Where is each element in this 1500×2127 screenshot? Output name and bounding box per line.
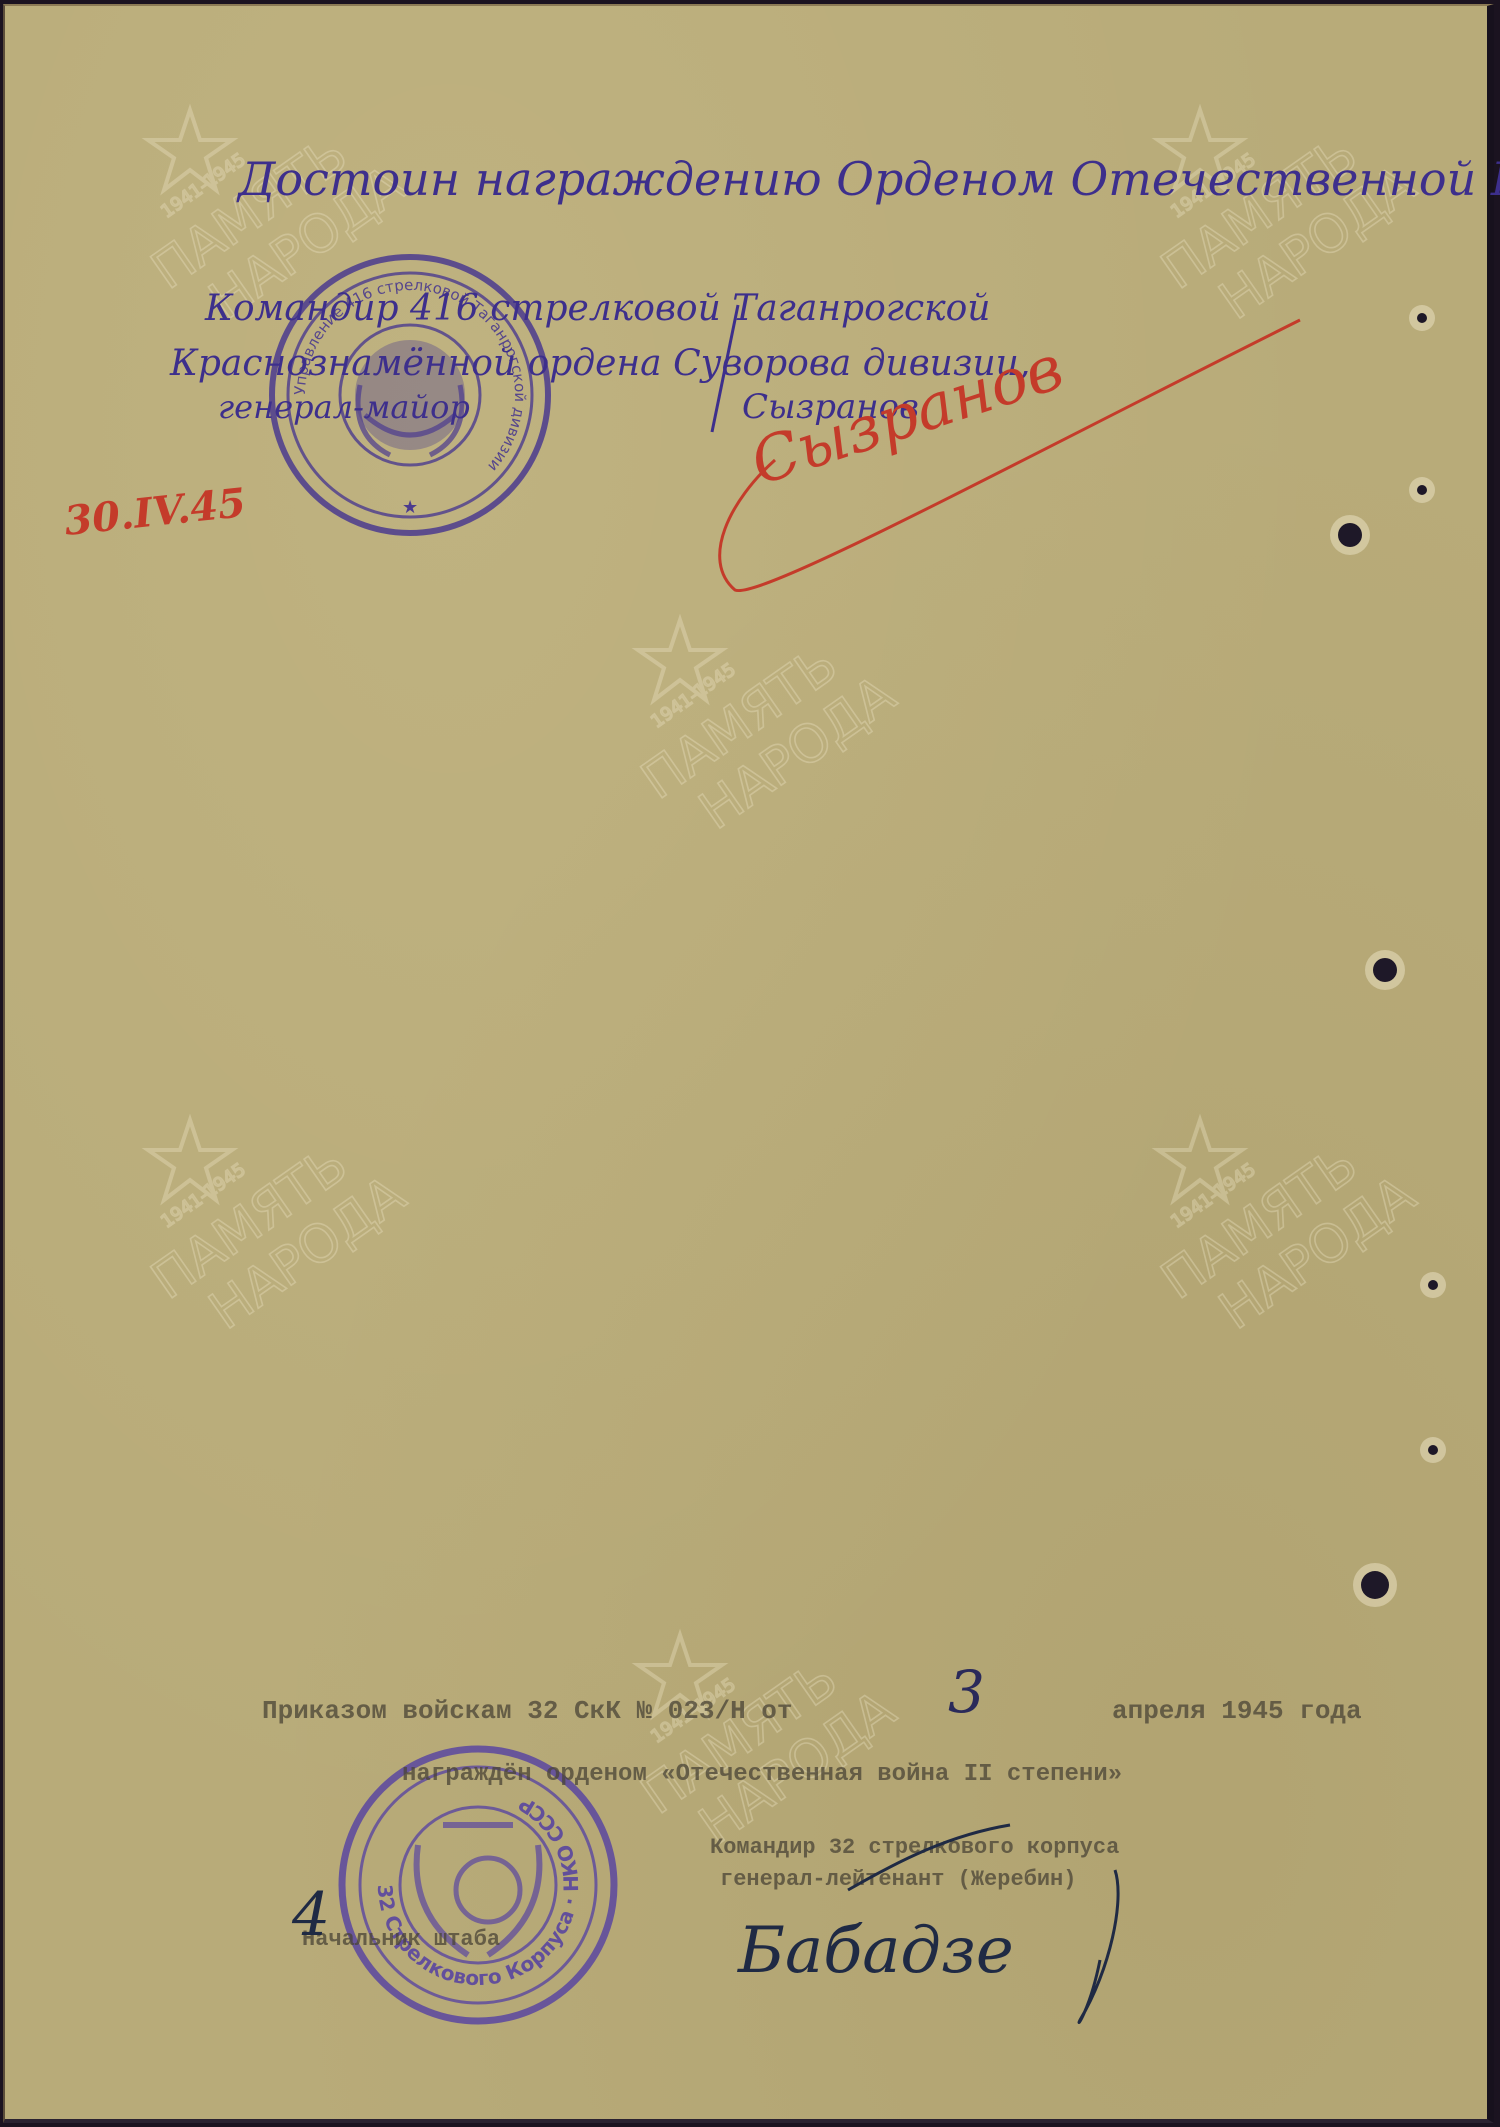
svg-text:★: ★ <box>402 497 418 518</box>
order-line-4: генерал-лейтенант (Жеребин) <box>720 1867 1076 1892</box>
order-line-1: Приказом войскам 32 СкК № 023/Н от <box>262 1696 793 1726</box>
document-layer: 1941-1945ПАМЯТЬНАРОДА1941-1945ПАМЯТЬНАРО… <box>0 0 1500 2127</box>
watermark: 1941-1945ПАМЯТЬНАРОДА <box>124 1093 416 1359</box>
watermark: 1941-1945ПАМЯТЬНАРОДА <box>614 593 906 859</box>
corps-signature-text: Бабадзе <box>737 1914 1014 1988</box>
corps-stamp-text: 32 Стрелкового Корпуса · НКО СССР <box>373 1792 583 1990</box>
binding-hole <box>1417 313 1427 323</box>
order-date: апреля 1945 года <box>1112 1696 1362 1726</box>
handwritten-mark: 4 <box>291 1880 330 1950</box>
watermark: 1941-1945ПАМЯТЬНАРОДА <box>1134 1093 1426 1359</box>
commander-rank: генерал-майор <box>218 388 470 426</box>
red-date-mark: 30.IV.45 <box>62 479 248 545</box>
binding-hole <box>1428 1280 1438 1290</box>
order-day-handwritten: 3 <box>948 1658 985 1726</box>
corps-stamp: 32 Стрелкового Корпуса · НКО СССР <box>342 1749 614 2021</box>
order-line-2: награждён орденом «Отечественная война I… <box>402 1761 1122 1788</box>
binding-hole <box>1373 958 1397 982</box>
svg-text:32 Стрелкового Корпуса · НКО С: 32 Стрелкового Корпуса · НКО СССР <box>373 1792 583 1990</box>
binding-holes <box>1330 305 1446 1607</box>
binding-hole <box>1338 523 1362 547</box>
order-line-5: Начальник штаба <box>302 1927 500 1952</box>
watermark: 1941-1945ПАМЯТЬНАРОДА <box>614 1608 906 1874</box>
award-resolution-line: Достоин награждению Орденом Отечественно… <box>236 152 1500 206</box>
binding-hole <box>1361 1571 1389 1599</box>
commander-title-line-1: Командир 416 стрелковой Таганрогской <box>204 288 990 329</box>
binding-hole <box>1417 485 1427 495</box>
binding-hole <box>1428 1445 1438 1455</box>
watermark: 1941-1945ПАМЯТЬНАРОДА <box>1134 83 1426 349</box>
